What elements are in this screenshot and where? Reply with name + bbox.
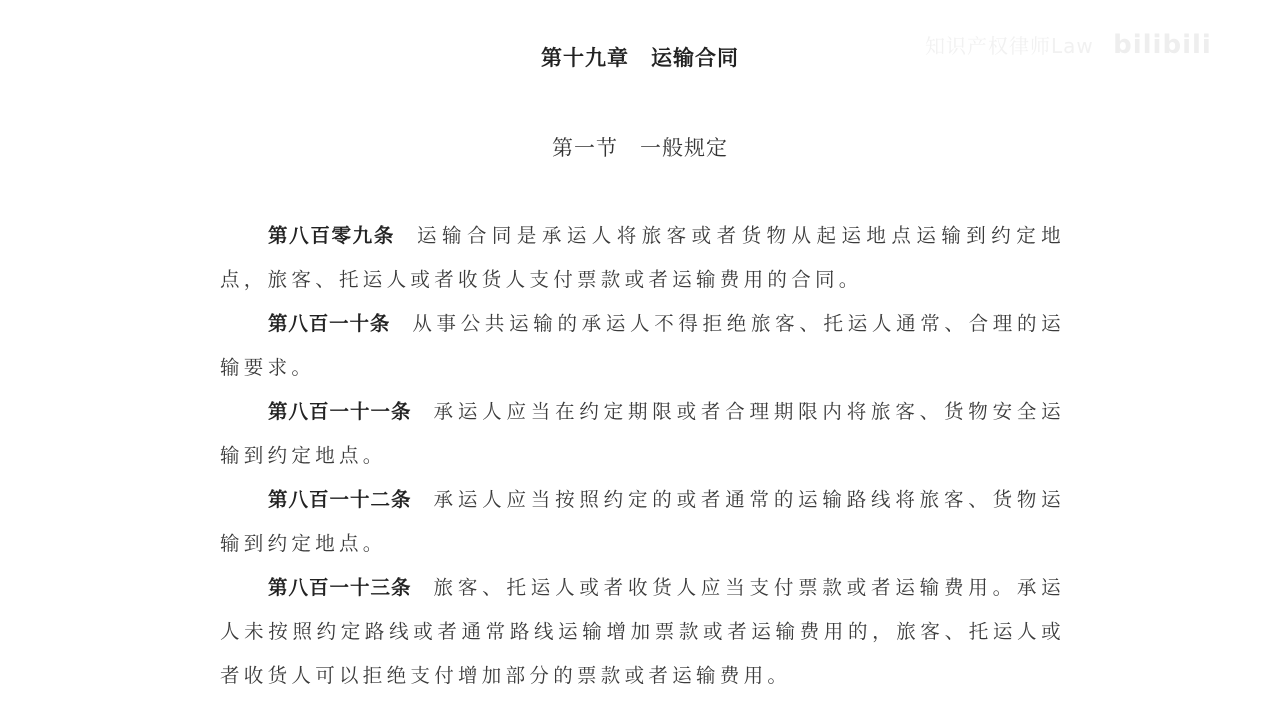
article-number: 第八百一十三条	[268, 576, 412, 599]
article-812: 第八百一十二条承运人应当按照约定的或者通常的运输路线将旅客、货物运输到约定地点。	[220, 478, 1065, 566]
article-number: 第八百一十条	[268, 312, 390, 335]
article-number: 第八百一十二条	[268, 488, 412, 511]
section-title: 第一节 一般规定	[0, 132, 1280, 162]
article-811: 第八百一十一条承运人应当在约定期限或者合理期限内将旅客、货物安全运输到约定地点。	[220, 390, 1065, 478]
article-813: 第八百一十三条旅客、托运人或者收货人应当支付票款或者运输费用。承运人未按照约定路…	[220, 566, 1065, 698]
article-number: 第八百零九条	[268, 224, 395, 247]
article-number: 第八百一十一条	[268, 400, 412, 423]
chapter-title: 第十九章 运输合同	[0, 42, 1280, 72]
article-list: 第八百零九条运输合同是承运人将旅客或者货物从起运地点运输到约定地点，旅客、托运人…	[220, 214, 1065, 698]
article-809: 第八百零九条运输合同是承运人将旅客或者货物从起运地点运输到约定地点，旅客、托运人…	[220, 214, 1065, 302]
article-810: 第八百一十条从事公共运输的承运人不得拒绝旅客、托运人通常、合理的运输要求。	[220, 302, 1065, 390]
